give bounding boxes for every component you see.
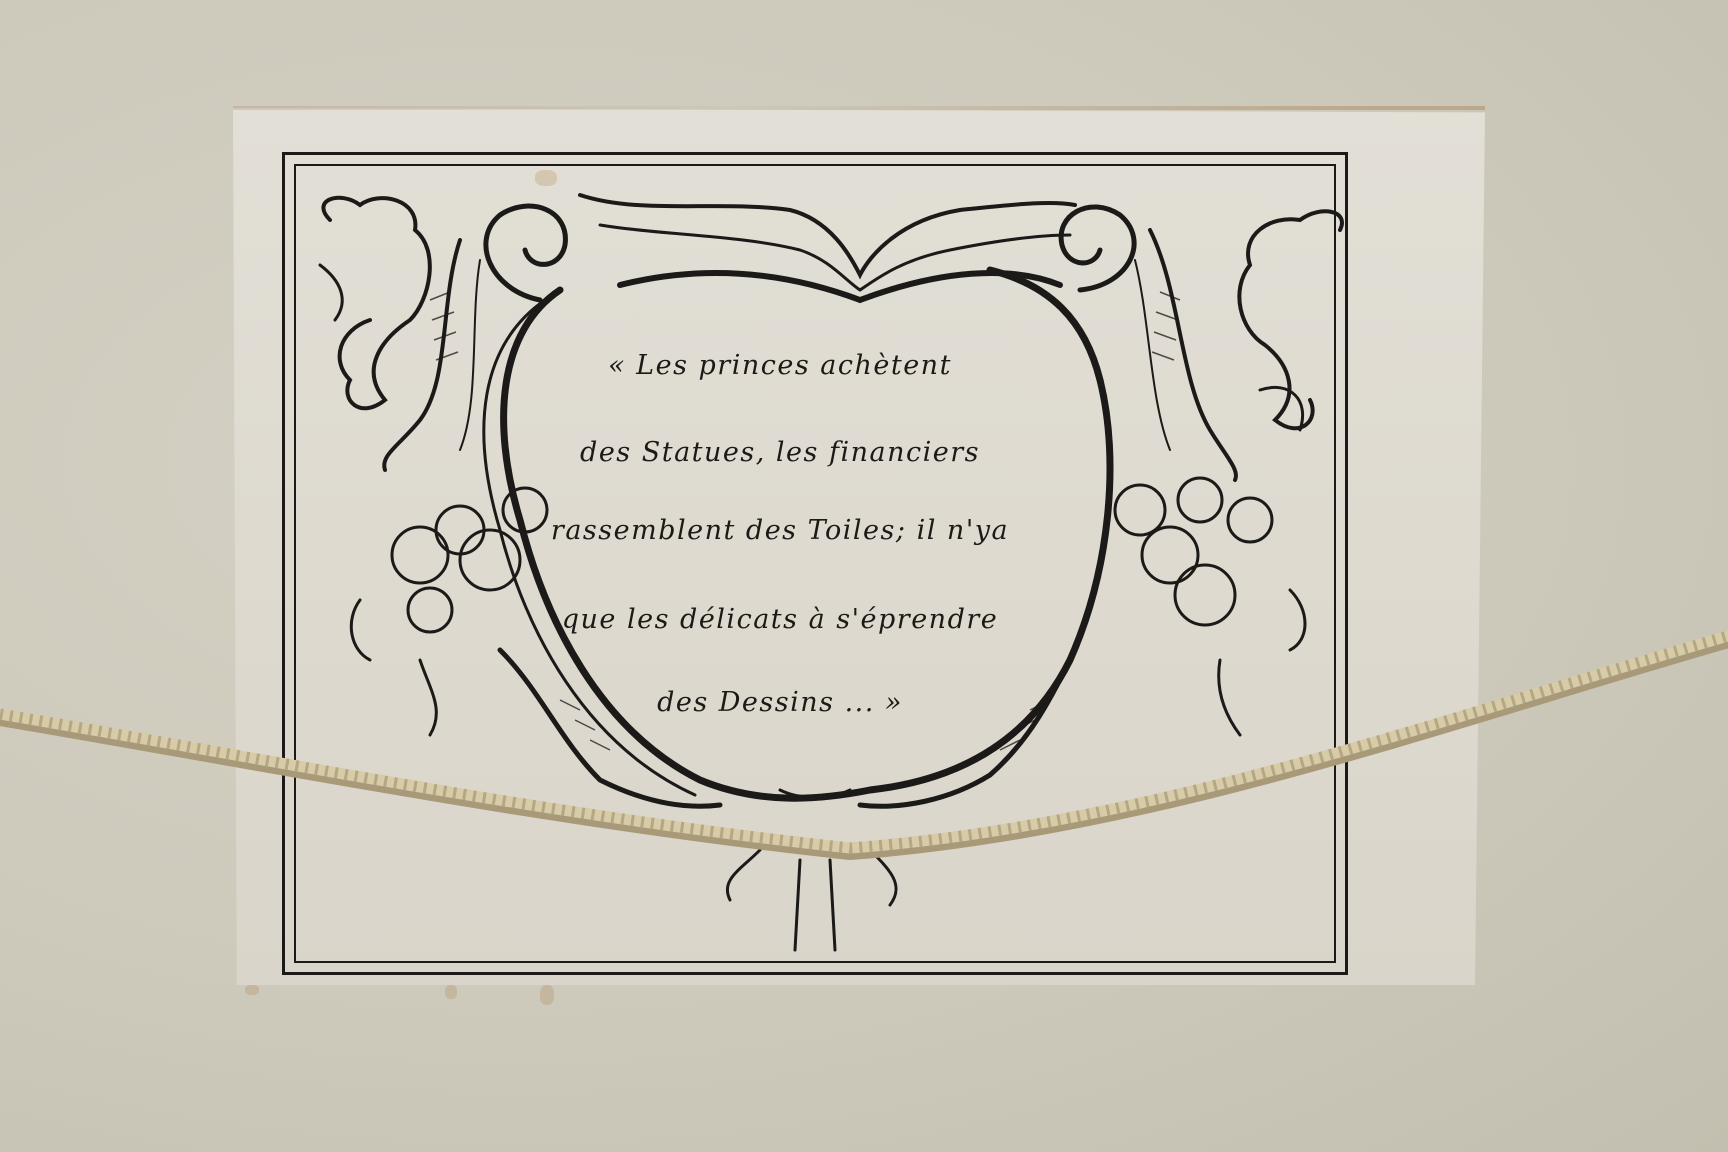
quote-line-1: « Les princes achètent xyxy=(480,350,1080,381)
quote-line-5: des Dessins ... » xyxy=(480,687,1080,718)
quote-line-2: des Statues, les financiers xyxy=(480,437,1080,468)
rococo-cartouche-ornament xyxy=(0,0,1728,1152)
quote-line-3: rassemblent des Toiles; il n'ya xyxy=(480,515,1080,546)
quote-line-4: que les délicats à s'éprendre xyxy=(480,604,1080,635)
